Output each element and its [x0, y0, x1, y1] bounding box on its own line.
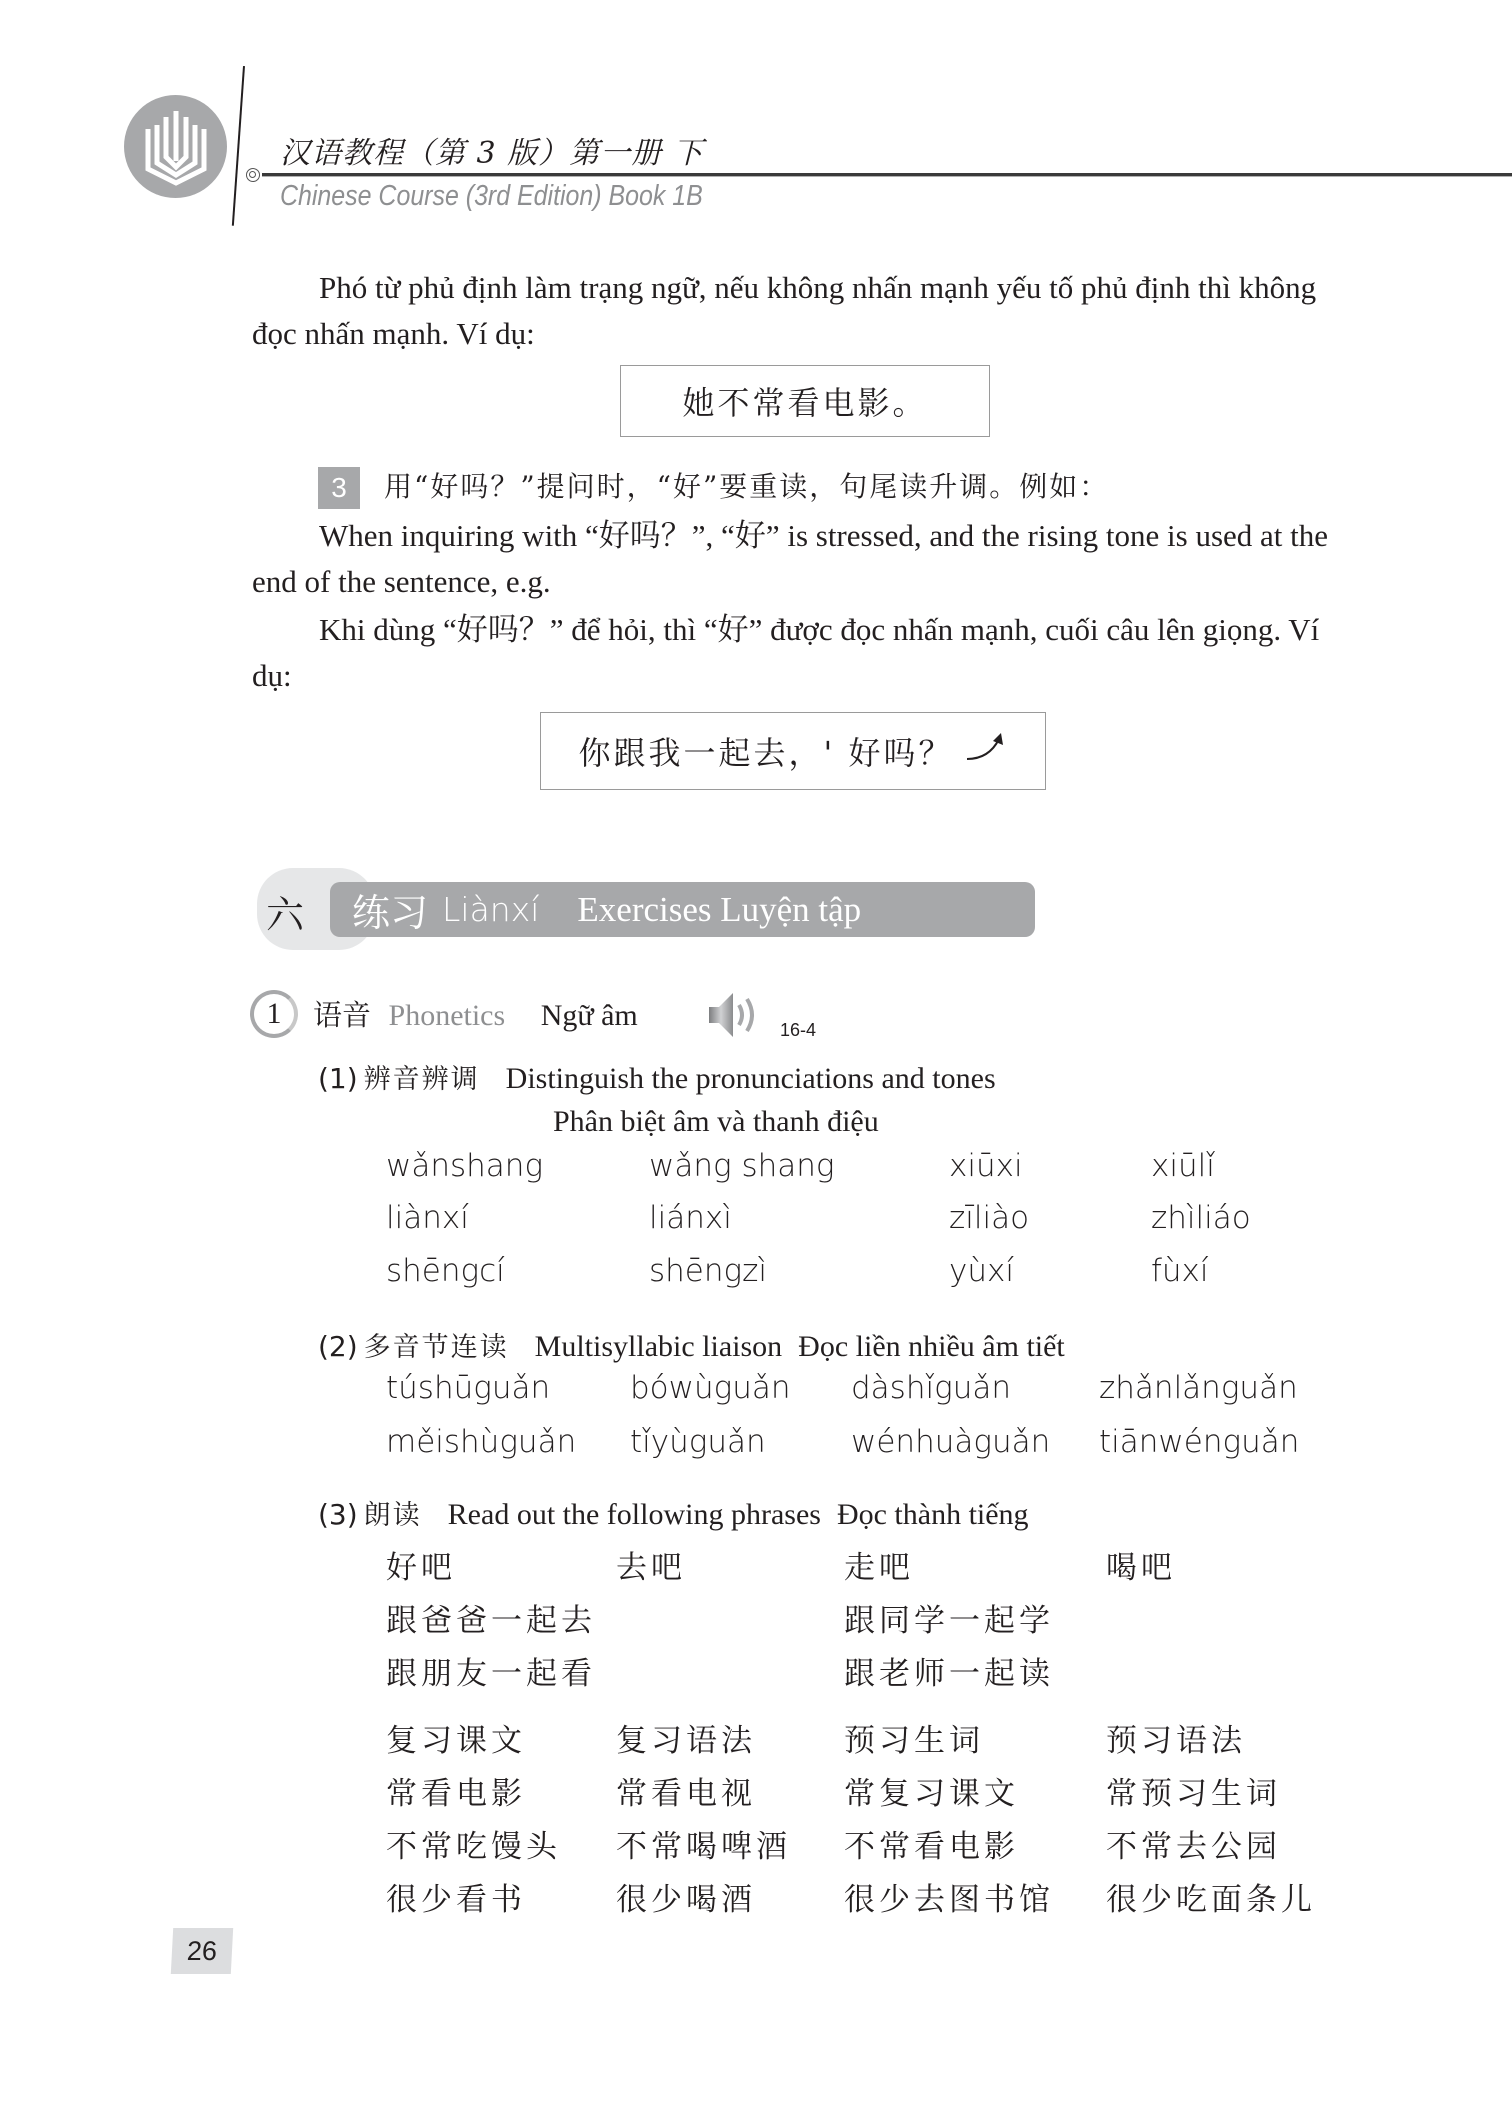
example-box-2: 你跟我一起去，' 好吗？ [540, 712, 1046, 790]
item-number: (3) [318, 1498, 358, 1531]
book-title-chinese: 汉语教程（第 3 版）第一册 下 [280, 128, 704, 172]
phrase: 跟老师一起读 [844, 1648, 1054, 1693]
phrase: 预习语法 [1106, 1715, 1246, 1760]
header-rule [262, 173, 1512, 177]
item-title-english: Multisyllabic liaison [535, 1330, 783, 1363]
phrase: 不常吃馒头 [386, 1821, 561, 1866]
phrase: 很少看书 [386, 1874, 526, 1919]
item-title-english: Read out the following phrases [448, 1498, 821, 1531]
item-title-chinese: 多音节连读 [364, 1332, 509, 1363]
item-title-english: Distinguish the pronunciations and tones [506, 1062, 996, 1095]
item-title-chinese: 朗读 [364, 1500, 422, 1531]
section-title-pinyin: Liànxí [442, 890, 539, 929]
example-box-1: 她不常看电影。 [620, 365, 990, 437]
phrase: 不常去公园 [1106, 1821, 1281, 1866]
book-logo-icon [124, 95, 227, 198]
subsection-title: 语音 Phonetics Ngữ âm [313, 993, 638, 1034]
rising-tone-arrow-icon [965, 731, 1007, 771]
phrase: 喝吧 [1106, 1542, 1176, 1587]
audio-track-number: 16-4 [780, 1020, 816, 1041]
item-title-chinese: 辨音辨调 [364, 1064, 480, 1095]
rule-3-vietnamese: Khi dùng “好吗？” để hỏi, thì “好” được đọc … [252, 607, 1337, 699]
phrase: 不常看电影 [844, 1821, 1019, 1866]
subsection-title-vietnamese: Ngữ âm [541, 999, 638, 1032]
item-number: (2) [318, 1330, 358, 1363]
item-title-vietnamese: Đọc thành tiếng [837, 1498, 1029, 1531]
paragraph-text: Khi dùng “好吗？” để hỏi, thì “好” được đọc … [252, 612, 1319, 693]
paragraph-text: When inquiring with “好吗？”, “好” is stress… [252, 518, 1328, 599]
phrase: 很少喝酒 [616, 1874, 756, 1919]
item-title-vietnamese: Đọc liền nhiều âm tiết [798, 1330, 1065, 1363]
example-sentence: 你跟我一起去，' 好吗？ [579, 728, 954, 774]
phrase: 复习课文 [386, 1715, 526, 1760]
pinyin-word: túshūguǎn [386, 1370, 550, 1406]
section-title-en-vi: Exercises Luyện tập [577, 890, 861, 930]
section-number: 六 [266, 884, 304, 939]
pinyin-word: xiūxi [949, 1148, 1023, 1184]
phrase: 常看电影 [386, 1768, 526, 1813]
pinyin-word: fùxí [1151, 1253, 1209, 1289]
phrase: 很少吃面条儿 [1106, 1874, 1316, 1919]
header-ring-ornament [246, 168, 260, 182]
phrase: 走吧 [844, 1542, 914, 1587]
subsection-number: 1 [250, 990, 298, 1038]
pinyin-word: xiūlǐ [1151, 1148, 1215, 1184]
phrase: 预习生词 [844, 1715, 984, 1760]
phrase: 好吧 [386, 1542, 456, 1587]
paragraph-text: Phó từ phủ định làm trạng ngữ, nếu không… [252, 270, 1316, 351]
rule-3-english: When inquiring with “好吗？”, “好” is stress… [252, 513, 1337, 605]
pinyin-word: liànxí [386, 1200, 469, 1236]
section-banner: 练习 Liànxí Exercises Luyện tập [330, 882, 1035, 937]
phrase: 去吧 [616, 1542, 686, 1587]
pinyin-word: wǎng shang [649, 1148, 835, 1184]
rule-3-chinese: 用“好吗？”提问时，“好”要重读，句尾读升调。例如： [384, 465, 1109, 505]
phrase: 复习语法 [616, 1715, 756, 1760]
pinyin-word: tiānwénguǎn [1099, 1424, 1299, 1460]
pinyin-word: bówùguǎn [630, 1370, 791, 1406]
pinyin-word: tǐyùguǎn [630, 1424, 766, 1460]
header-divider-slash [232, 66, 245, 226]
exercise-item-3-label: (3)朗读Read out the following phrasesĐọc t… [318, 1493, 1029, 1532]
pinyin-word: shēngcí [386, 1253, 505, 1289]
subsection-title-english: Phonetics [389, 999, 506, 1032]
pinyin-word: shēngzì [649, 1253, 767, 1289]
pinyin-word: zīliào [949, 1200, 1029, 1236]
example-sentence: 她不常看电影。 [682, 378, 927, 424]
pinyin-word: zhǎnlǎnguǎn [1099, 1370, 1298, 1406]
page-number: 26 [171, 1928, 233, 1974]
section-title-chinese: 练习 [352, 882, 428, 937]
exercise-item-2-label: (2)多音节连读Multisyllabic liaisonĐọc liền nh… [318, 1325, 1065, 1364]
phrase: 不常喝啤酒 [616, 1821, 791, 1866]
book-title-english: Chinese Course (3rd Edition) Book 1B [280, 180, 703, 213]
rule-number-badge: 3 [318, 467, 360, 509]
negation-adverb-note: Phó từ phủ định làm trạng ngữ, nếu không… [252, 265, 1337, 357]
subsection-title-chinese: 语音 [313, 998, 371, 1032]
phrase: 常预习生词 [1106, 1768, 1281, 1813]
pinyin-word: měishùguǎn [386, 1424, 576, 1460]
pinyin-word: dàshǐguǎn [851, 1370, 1011, 1406]
phrase: 跟爸爸一起去 [386, 1595, 596, 1640]
phrase: 跟同学一起学 [844, 1595, 1054, 1640]
phrase: 常看电视 [616, 1768, 756, 1813]
phrase: 常复习课文 [844, 1768, 1019, 1813]
phrase: 跟朋友一起看 [386, 1648, 596, 1693]
pinyin-word: wǎnshang [386, 1148, 543, 1184]
pinyin-word: yùxí [949, 1253, 1014, 1289]
item-title-vietnamese: Phân biệt âm và thanh điệu [553, 1105, 879, 1139]
speaker-icon[interactable] [703, 985, 769, 1050]
pinyin-word: liánxì [649, 1200, 732, 1236]
item-number: (1) [318, 1062, 358, 1095]
exercise-item-1-label: (1)辨音辨调Distinguish the pronunciations an… [318, 1057, 996, 1096]
phrase: 很少去图书馆 [844, 1874, 1054, 1919]
pinyin-word: wénhuàguǎn [851, 1424, 1050, 1460]
pinyin-word: zhìliáo [1151, 1200, 1251, 1236]
